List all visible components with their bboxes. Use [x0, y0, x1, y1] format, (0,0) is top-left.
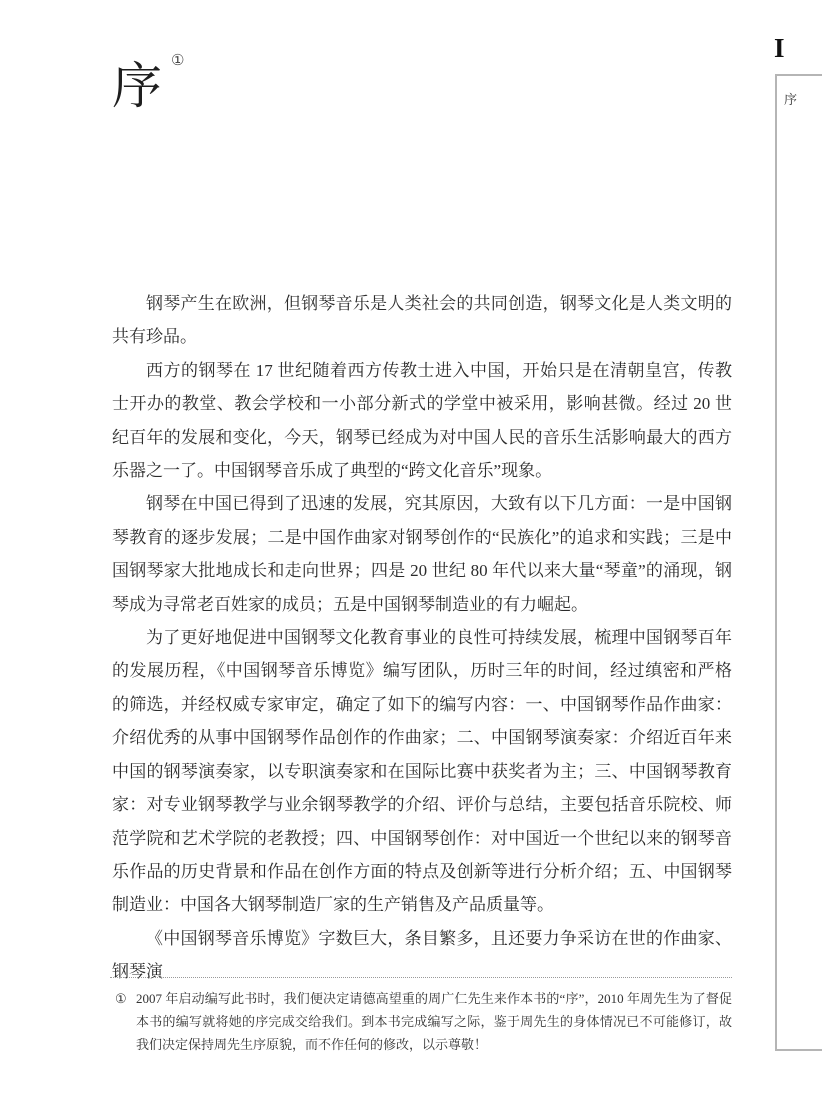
margin-tab-label: 序	[784, 89, 822, 108]
margin-tab: 序	[775, 74, 822, 1051]
paragraph: 钢琴产生在欧洲，但钢琴音乐是人类社会的共同创造，钢琴文化是人类文明的共有珍品。	[112, 287, 732, 354]
page-number: I	[774, 33, 785, 64]
body-text: 钢琴产生在欧洲，但钢琴音乐是人类社会的共同创造，钢琴文化是人类文明的共有珍品。 …	[112, 287, 732, 989]
footnote-row: ① 2007 年启动编写此书时，我们便决定请德高望重的周广仁先生来作本书的“序”…	[110, 987, 732, 1056]
paragraph: 钢琴在中国已得到了迅速的发展，究其原因，大致有以下几方面：一是中国钢琴教育的逐步…	[112, 487, 732, 621]
paragraph: 西方的钢琴在 17 世纪随着西方传教士进入中国，开始只是在清朝皇宫，传教士开办的…	[112, 354, 732, 488]
title-footnote-ref: ①	[171, 53, 184, 69]
footnote-marker: ①	[110, 987, 136, 1056]
page-title-text: 序	[112, 58, 162, 114]
page-title: 序①	[112, 56, 184, 116]
book-page: 序① 钢琴产生在欧洲，但钢琴音乐是人类社会的共同创造，钢琴文化是人类文明的共有珍…	[0, 0, 822, 1112]
paragraph: 为了更好地促进中国钢琴文化教育事业的良性可持续发展，梳理中国钢琴百年的发展历程，…	[112, 621, 732, 922]
footnote: ① 2007 年启动编写此书时，我们便决定请德高望重的周广仁先生来作本书的“序”…	[110, 977, 732, 1056]
footnote-text: 2007 年启动编写此书时，我们便决定请德高望重的周广仁先生来作本书的“序”，2…	[136, 987, 732, 1056]
